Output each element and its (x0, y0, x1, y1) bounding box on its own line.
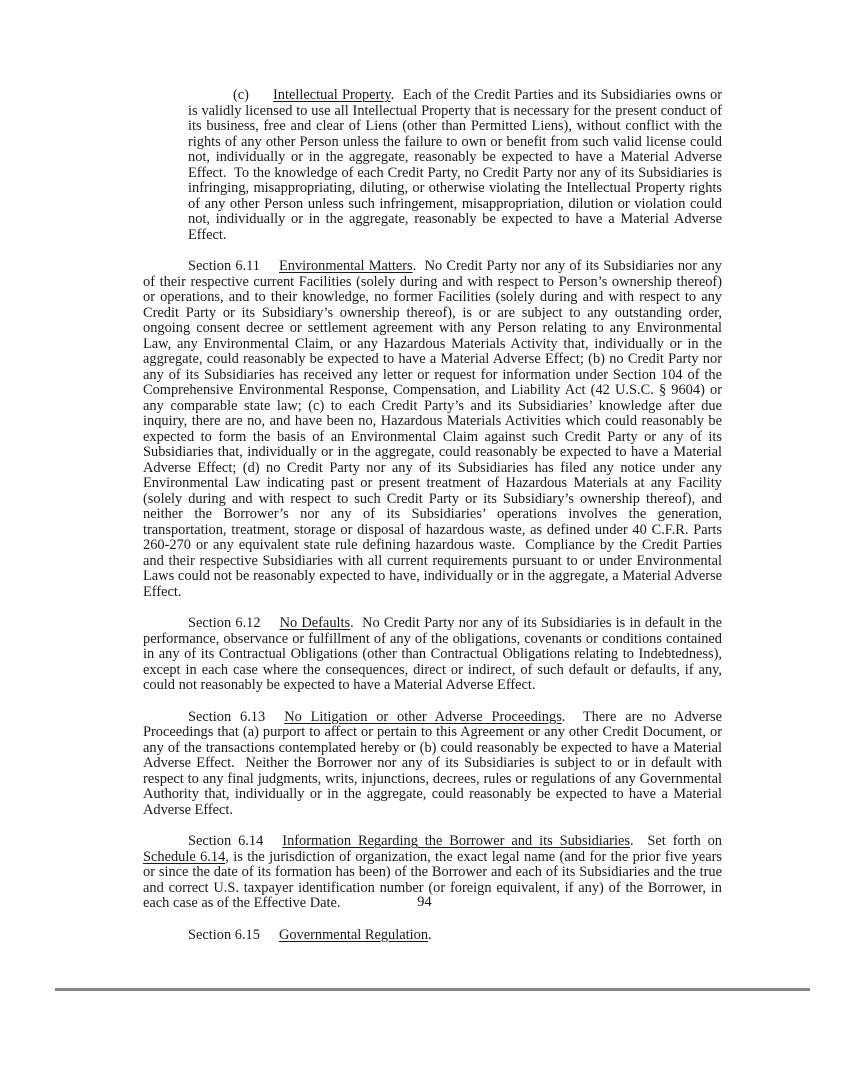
section-label: Section 6.12 (188, 615, 261, 631)
section-body: . Set forth on (630, 833, 722, 849)
clause-label: (c) (233, 87, 249, 103)
section-6-12-no-defaults: Section 6.12No Defaults. No Credit Party… (143, 616, 722, 694)
clause-body: . Each of the Credit Parties and its Sub… (188, 87, 722, 243)
section-title: No Litigation or other Adverse Proceedin… (284, 709, 562, 725)
section-6-11-environmental-matters: Section 6.11Environmental Matters. No Cr… (143, 259, 722, 600)
section-title: Information Regarding the Borrower and i… (282, 833, 630, 849)
schedule-reference: Schedule 6.14 (143, 849, 225, 865)
section-title: Governmental Regulation (279, 927, 428, 943)
clause-title: Intellectual Property (273, 87, 391, 103)
document-page: (c)Intellectual Property. Each of the Cr… (0, 0, 849, 1075)
page-number: 94 (0, 895, 849, 911)
section-body: . No Credit Party nor any of its Subsidi… (143, 258, 722, 600)
section-label: Section 6.15 (188, 927, 260, 943)
section-label: Section 6.14 (188, 833, 263, 849)
section-6-13-no-litigation: Section 6.13No Litigation or other Adver… (143, 710, 722, 819)
section-label: Section 6.11 (188, 258, 260, 274)
footer-divider (55, 988, 810, 991)
section-title: No Defaults (280, 615, 351, 631)
document-body: (c)Intellectual Property. Each of the Cr… (143, 88, 722, 943)
paragraph-c-intellectual-property: (c)Intellectual Property. Each of the Cr… (188, 88, 722, 243)
section-label: Section 6.13 (188, 709, 265, 725)
section-6-15-governmental-regulation: Section 6.15Governmental Regulation. (143, 928, 722, 944)
section-body: . (428, 927, 432, 943)
section-body: . There are no Adverse Proceedings that … (143, 709, 722, 818)
section-title: Environmental Matters (279, 258, 413, 274)
